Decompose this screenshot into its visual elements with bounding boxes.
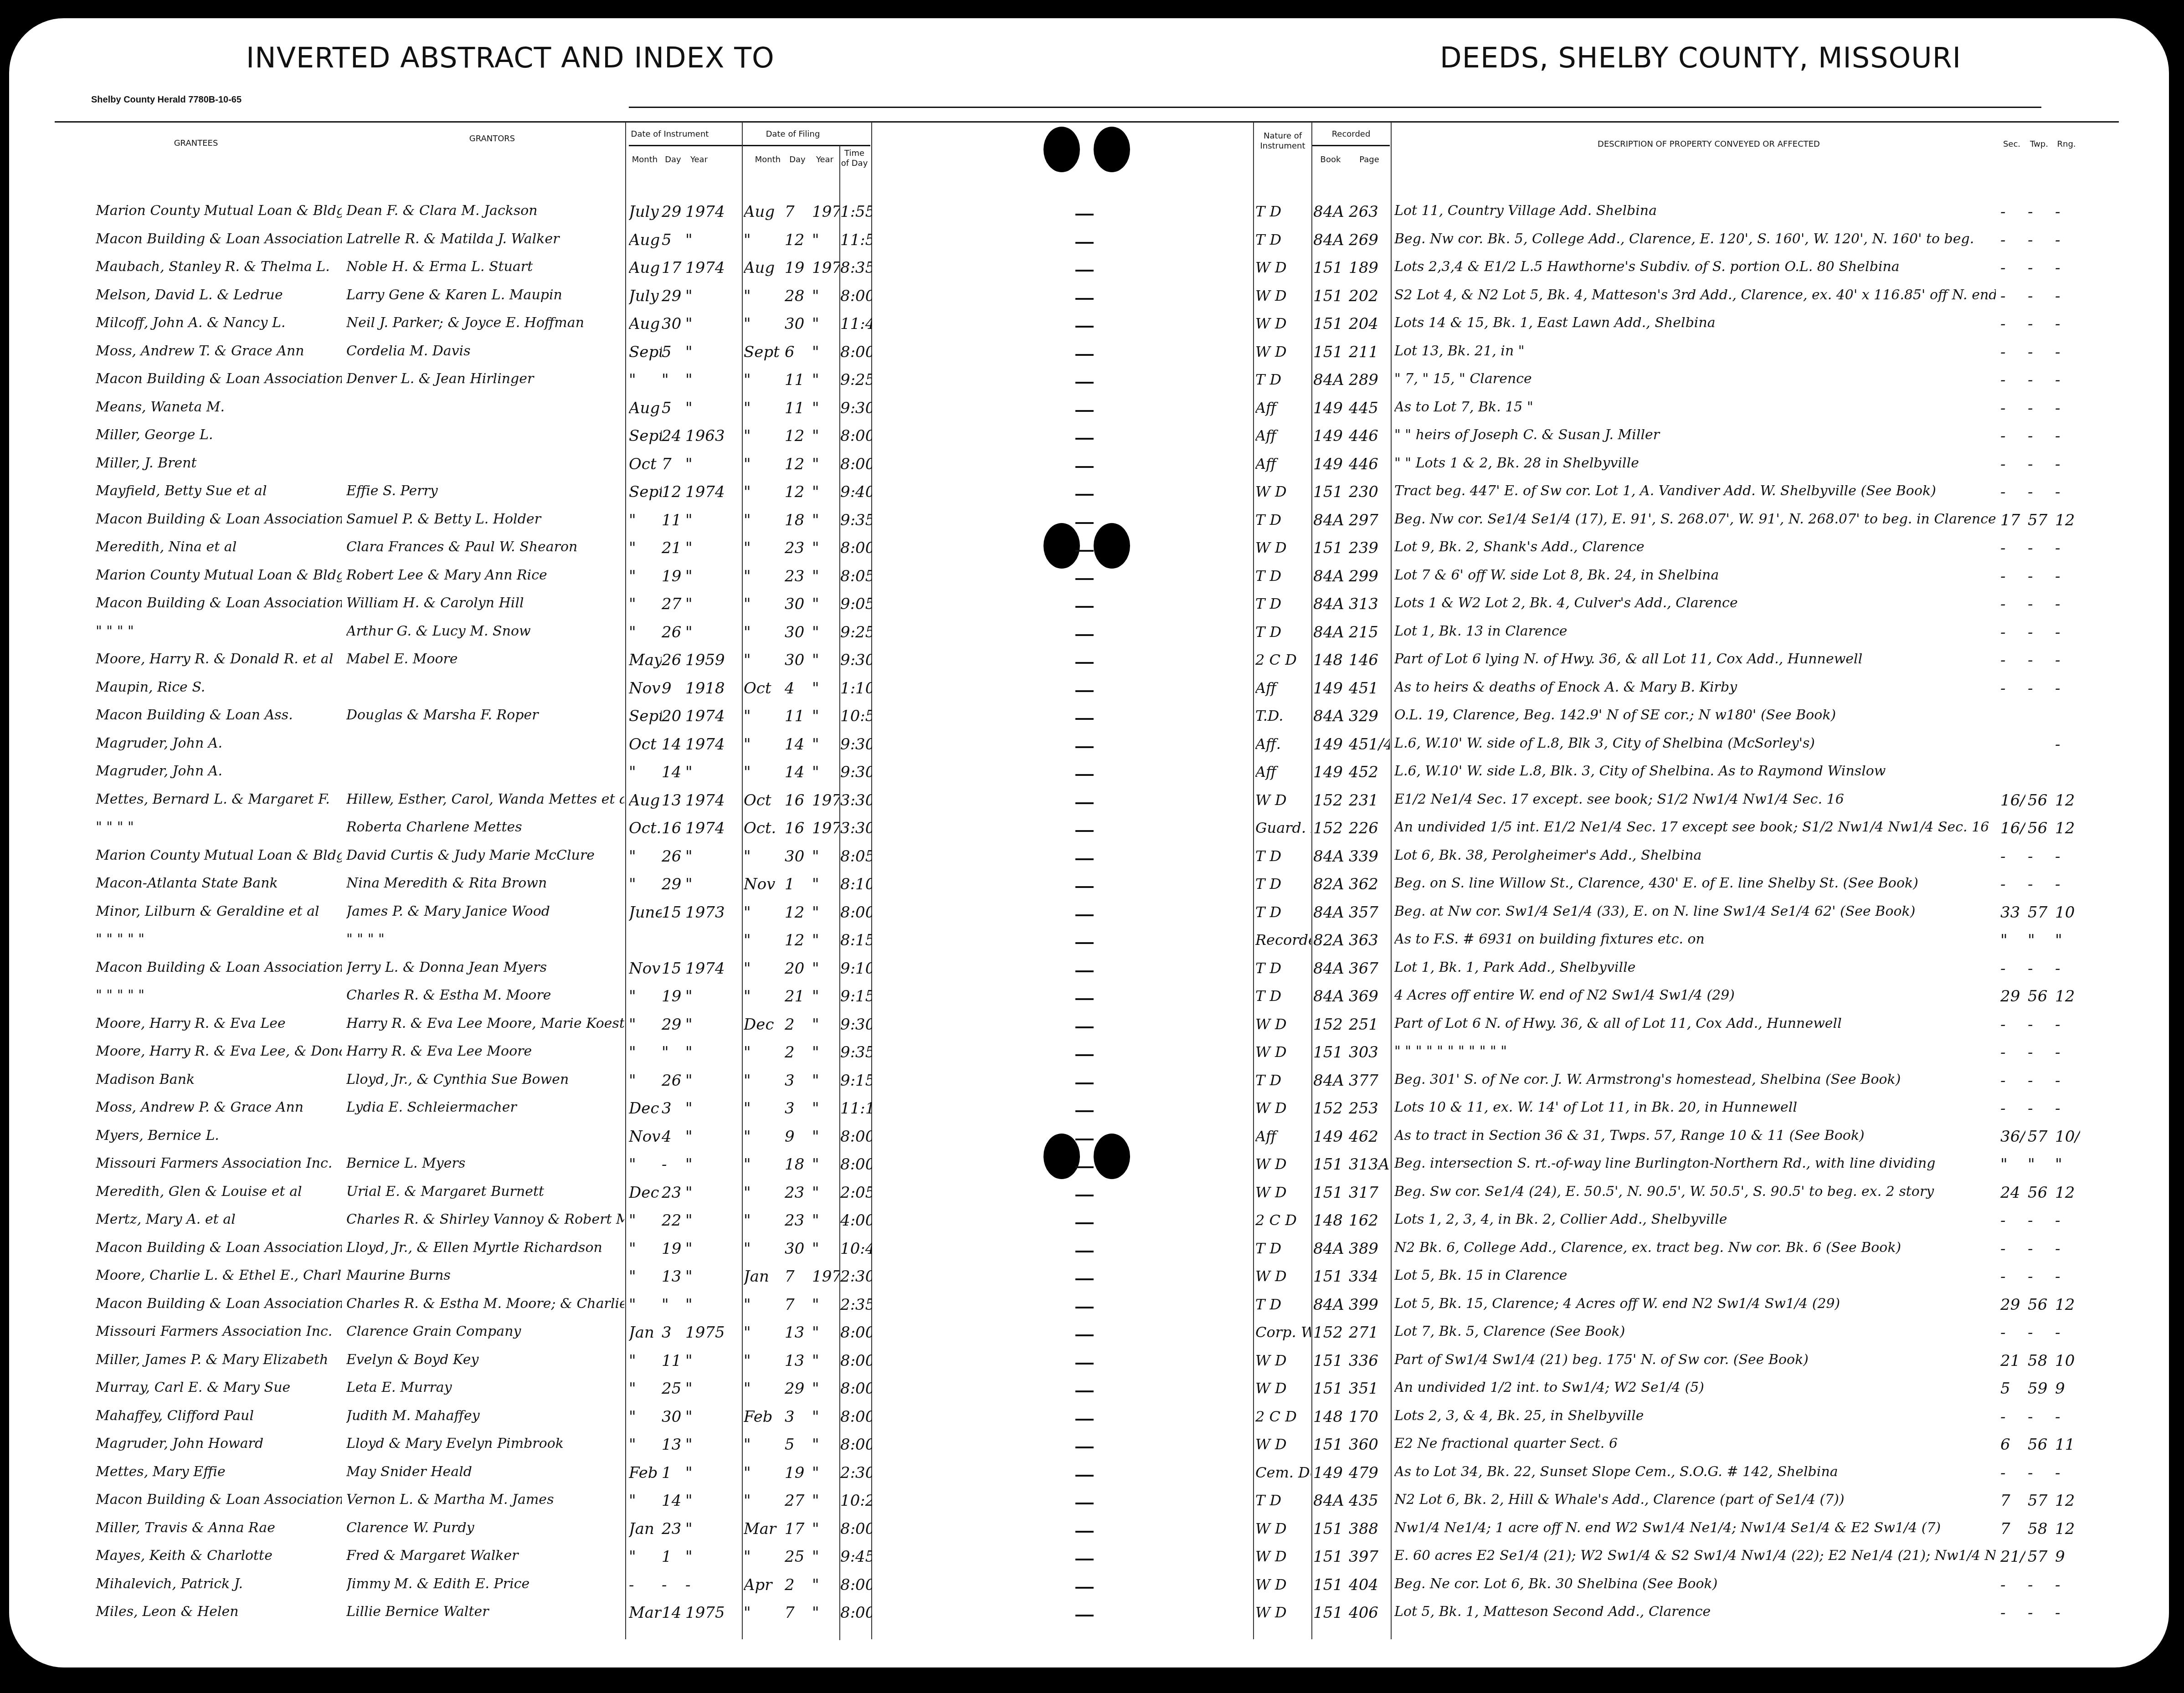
cell-f-day: 12 — [785, 483, 812, 501]
cell-rng: - — [2055, 1324, 2080, 1342]
cell-nature: Guard. Deed — [1255, 819, 1311, 836]
left-ledger-page: INVERTED ABSTRACT AND INDEX TO Shelby Co… — [9, 18, 1098, 1667]
cell-f-month: " — [744, 1184, 785, 1202]
cell-i-day: 24 — [662, 427, 685, 445]
binder-hole — [1043, 127, 1080, 172]
cell-i-month: Nov — [629, 1128, 662, 1146]
cell-i-day: 14 — [662, 763, 685, 781]
cell-time: 1:55 — [840, 203, 872, 221]
cell-twp: 56 — [2028, 1436, 2053, 1454]
cell-f-month: " — [744, 595, 785, 613]
cell-i-day: 15 — [662, 959, 685, 978]
cell-page: 397 — [1349, 1548, 1390, 1566]
cell-nature: 2 C D — [1255, 1211, 1311, 1229]
cell-f-month: " — [744, 1352, 785, 1370]
cell-sec: 5 — [2000, 1380, 2025, 1398]
cell-page: 271 — [1349, 1324, 1390, 1342]
cell-grantee: Madison Bank — [96, 1072, 342, 1088]
cell-time: 9:35 — [840, 511, 872, 529]
cell-rng: - — [2055, 1099, 2080, 1118]
cell-time: 9:15 — [840, 1072, 872, 1090]
cell-rng: - — [2055, 315, 2080, 333]
cell-book: 152 — [1313, 819, 1350, 837]
cell-f-month: " — [744, 651, 785, 669]
cell-twp: - — [2028, 1267, 2053, 1286]
cell-sec: - — [2000, 959, 2025, 978]
cell-i-month: " — [629, 1267, 662, 1286]
cell-nature: T D — [1255, 875, 1311, 893]
cell-f-month: " — [744, 847, 785, 866]
cell-f-year: " — [812, 539, 839, 557]
cell-f-month: Mar — [744, 1520, 785, 1538]
cell-grantee: Murray, Carl E. & Mary Sue — [96, 1380, 342, 1395]
cell-rng: 9 — [2055, 1380, 2080, 1398]
cell-time: 3:30 — [840, 819, 872, 837]
cell-i-day: 13 — [662, 1436, 685, 1454]
cell-description: Part of Lot 6 lying N. of Hwy. 36, & all… — [1394, 651, 1996, 667]
cell-rng: 10 — [2055, 903, 2080, 922]
cell-i-month: " — [629, 1436, 662, 1454]
col-grantees-header: GRANTEES — [159, 139, 232, 149]
cell-i-year: " — [685, 1380, 741, 1398]
col-date-filing-header: Date of Filing — [743, 129, 843, 139]
cell-f-year: " — [812, 1211, 839, 1230]
cell-f-month: " — [744, 1436, 785, 1454]
col-page-header: Page — [1353, 155, 1385, 165]
cell-i-year: " — [685, 1296, 741, 1314]
cell-description: Lots 1 & W2 Lot 2, Bk. 4, Culver's Add.,… — [1394, 595, 1996, 611]
cell-book: 149 — [1313, 763, 1350, 781]
cell-nature: Aff — [1255, 399, 1311, 416]
cell-f-month: " — [744, 399, 785, 417]
cell-page: 230 — [1349, 483, 1390, 501]
cell-f-day: 12 — [785, 455, 812, 473]
cell-grantee: " " " " " — [96, 931, 342, 947]
cell-book: 84A — [1313, 1072, 1350, 1090]
cell-i-day: 13 — [662, 1267, 685, 1286]
cell-rng: 11 — [2055, 1436, 2080, 1454]
cell-description: Nw1/4 Ne1/4; 1 acre off N. end W2 Sw1/4 … — [1394, 1520, 1996, 1536]
cell-rng: - — [2055, 539, 2080, 557]
cell-description: 4 Acres off entire W. end of N2 Sw1/4 Sw… — [1394, 987, 1996, 1003]
cell-rng: 12 — [2055, 1520, 2080, 1538]
cell-f-year: " — [812, 1408, 839, 1426]
right-page-title: DEEDS, SHELBY COUNTY, MISSOURI — [1440, 41, 1961, 74]
cell-nature: W D — [1255, 1548, 1311, 1565]
cell-twp: - — [2028, 1604, 2053, 1622]
cell-nature: W D — [1255, 259, 1311, 276]
cell-i-month: " — [629, 1296, 662, 1314]
cell-i-month: " — [629, 539, 662, 557]
cell-twp: - — [2028, 1240, 2053, 1258]
cell-rng: - — [2055, 567, 2080, 585]
cell-book: 84A — [1313, 203, 1350, 221]
cell-description: Beg. Nw cor. Bk. 5, College Add., Claren… — [1394, 231, 1996, 247]
cell-twp: - — [2028, 371, 2053, 389]
cell-twp: - — [2028, 1043, 2053, 1062]
cell-f-year: " — [812, 651, 839, 669]
cell-rng: 12 — [2055, 511, 2080, 529]
cell-rng: - — [2055, 231, 2080, 249]
cell-sec: - — [2000, 203, 2025, 221]
cell-i-month: Aug — [629, 231, 662, 249]
cell-book: 152 — [1313, 1324, 1350, 1342]
cell-page: 231 — [1349, 791, 1390, 810]
header-rule — [1094, 121, 2119, 123]
cell-i-year: 1973 — [685, 903, 741, 922]
cell-grantor: Urial E. & Margaret Burnett — [346, 1184, 624, 1200]
cell-f-year: " — [812, 231, 839, 249]
cell-page: 435 — [1349, 1492, 1390, 1510]
cell-nature: T D — [1255, 511, 1311, 528]
cell-rng: - — [2055, 427, 2080, 445]
cell-grantor: Lloyd, Jr., & Cynthia Sue Bowen — [346, 1072, 624, 1088]
cell-i-month: " — [629, 1043, 662, 1062]
cell-book: 84A — [1313, 1492, 1350, 1510]
cell-i-day: 29 — [662, 203, 685, 221]
cell-i-year: " — [685, 1099, 741, 1118]
cell-i-month: - — [629, 1576, 662, 1594]
cell-f-year: " — [812, 1128, 839, 1146]
cell-i-year: " — [685, 1072, 741, 1090]
cell-grantee: Meredith, Nina et al — [96, 539, 342, 555]
cell-f-year: " — [812, 623, 839, 641]
cell-rng: - — [2055, 651, 2080, 669]
cell-f-year: " — [812, 455, 839, 473]
cell-nature: W D — [1255, 539, 1311, 556]
cell-page: 263 — [1349, 203, 1390, 221]
column-divider — [1311, 122, 1312, 1639]
cell-grantee: Missouri Farmers Association Inc. — [96, 1324, 342, 1339]
cell-nature: W D — [1255, 1604, 1311, 1621]
cell-time: 8:15 — [840, 931, 872, 949]
cell-time: 8:00 — [840, 1576, 872, 1594]
cell-grantor: Leta E. Murray — [346, 1380, 624, 1395]
cell-grantee: Magruder, John Howard — [96, 1436, 342, 1452]
cell-book: 149 — [1313, 679, 1350, 698]
cell-i-year: " — [685, 1464, 741, 1482]
cell-f-month: " — [744, 1324, 785, 1342]
col-inst-year: Year — [685, 155, 713, 165]
cell-page: 479 — [1349, 1464, 1390, 1482]
cell-f-month: Oct — [744, 791, 785, 810]
cell-i-month: Aug — [629, 399, 662, 417]
cell-grantor: James P. & Mary Janice Wood — [346, 903, 624, 919]
cell-twp: 56 — [2028, 1184, 2053, 1202]
cell-f-year: " — [812, 427, 839, 445]
cell-book: 151 — [1313, 1352, 1350, 1370]
cell-f-month: " — [744, 483, 785, 501]
cell-description: Lot 5, Bk. 15, Clarence; 4 Acres off W. … — [1394, 1296, 1996, 1312]
cell-i-year: " — [685, 399, 741, 417]
cell-sec: - — [2000, 1604, 2025, 1622]
cell-page: 462 — [1349, 1128, 1390, 1146]
cell-i-year: - — [685, 1576, 741, 1594]
cell-i-month: Nov — [629, 959, 662, 978]
cell-grantor: Lloyd, Jr., & Ellen Myrtle Richardson — [346, 1240, 624, 1256]
cell-description: Part of Lot 6 N. of Hwy. 36, & all of Lo… — [1394, 1016, 1996, 1031]
cell-twp: - — [2028, 1324, 2053, 1342]
cell-grantor: Vernon L. & Martha M. James — [346, 1492, 624, 1508]
cell-grantor: William H. & Carolyn Hill — [346, 595, 624, 611]
cell-i-year: " — [685, 847, 741, 866]
cell-f-year: " — [812, 1464, 839, 1482]
cell-i-month: " — [629, 1072, 662, 1090]
cell-f-year: " — [812, 511, 839, 529]
cell-sec: 16/17 — [2000, 791, 2025, 810]
cell-page: 369 — [1349, 987, 1390, 1006]
cell-page: 451/452 — [1349, 735, 1390, 754]
cell-f-year: " — [812, 1604, 839, 1622]
cell-book: 84A — [1313, 567, 1350, 585]
cell-i-day: 7 — [662, 455, 685, 473]
cell-grantee: Macon Building & Loan Association — [96, 1296, 342, 1312]
cell-f-day: 14 — [785, 735, 812, 754]
cell-description: Lot 5, Bk. 15 in Clarence — [1394, 1267, 1996, 1283]
cell-rng: - — [2055, 959, 2080, 978]
cell-i-month: " — [629, 987, 662, 1006]
cell-f-year: 1974 — [812, 819, 839, 837]
cell-book: 148 — [1313, 1211, 1350, 1230]
cell-rng: - — [2055, 399, 2080, 417]
cell-f-day: 16 — [785, 819, 812, 837]
cell-i-day: 1 — [662, 1548, 685, 1566]
cell-nature: T D — [1255, 231, 1311, 248]
cell-twp: 57 — [2028, 511, 2053, 529]
cell-f-day: 20 — [785, 959, 812, 978]
cell-i-day: 22 — [662, 1211, 685, 1230]
cell-nature: T D — [1255, 595, 1311, 612]
cell-page: 452 — [1349, 763, 1390, 781]
cell-i-year: " — [685, 1211, 741, 1230]
cell-page: 239 — [1349, 539, 1390, 557]
cell-time: 9:30 — [840, 763, 872, 781]
cell-grantor: Judith M. Mahaffey — [346, 1408, 624, 1424]
cell-page: 404 — [1349, 1576, 1390, 1594]
col-sec-header: Sec. — [2000, 139, 2023, 149]
cell-description: Beg. Sw cor. Se1/4 (24), E. 50.5', N. 90… — [1394, 1184, 1996, 1200]
cell-rng: - — [2055, 371, 2080, 389]
cell-f-month: Sept — [744, 343, 785, 361]
cell-i-day: 23 — [662, 1520, 685, 1538]
cell-page: 362 — [1349, 875, 1390, 893]
cell-grantee: Milcoff, John A. & Nancy L. — [96, 315, 342, 331]
cell-i-year: 1974 — [685, 203, 741, 221]
cell-sec: - — [2000, 1408, 2025, 1426]
cell-i-year: " — [685, 511, 741, 529]
cell-twp: 56 — [2028, 1296, 2053, 1314]
cell-time: 9:25 — [840, 371, 872, 389]
cell-f-day: 6 — [785, 343, 812, 361]
cell-book: 151 — [1313, 287, 1350, 305]
cell-i-year: " — [685, 567, 741, 585]
cell-grantor: Nina Meredith & Rita Brown — [346, 875, 624, 891]
col-date-instrument-header: Date of Instrument — [629, 129, 711, 139]
cell-f-year: " — [812, 371, 839, 389]
cell-rng: 9 — [2055, 1548, 2080, 1566]
cell-i-year: " — [685, 231, 741, 249]
cell-time: 8:00 — [840, 1604, 872, 1622]
cell-i-month: " — [629, 1408, 662, 1426]
cell-i-year: " — [685, 455, 741, 473]
cell-f-month: " — [744, 539, 785, 557]
cell-i-year: " — [685, 1155, 741, 1174]
cell-nature: 2 C D — [1255, 1408, 1311, 1425]
cell-nature: T D — [1255, 847, 1311, 865]
cell-nature: W D — [1255, 1099, 1311, 1117]
cell-twp: 58 — [2028, 1520, 2053, 1538]
cell-time: 8:00 — [840, 1380, 872, 1398]
cell-grantor: Larry Gene & Karen L. Maupin — [346, 287, 624, 303]
cell-f-year: " — [812, 1520, 839, 1538]
cell-f-month: Jan — [744, 1267, 785, 1286]
cell-book: 149 — [1313, 427, 1350, 445]
cell-description: As to Lot 34, Bk. 22, Sunset Slope Cem.,… — [1394, 1464, 1996, 1480]
cell-page: 204 — [1349, 315, 1390, 333]
cell-i-year: " — [685, 315, 741, 333]
cell-time: 2:30 — [840, 1464, 872, 1482]
cell-i-day: 1 — [662, 1464, 685, 1482]
cell-sec: - — [2000, 1099, 2025, 1118]
cell-book: 151 — [1313, 1436, 1350, 1454]
cell-i-month: " — [629, 1155, 662, 1174]
cell-description: Lot 11, Country Village Add. Shelbina — [1394, 203, 1996, 219]
cell-i-day: 26 — [662, 847, 685, 866]
header-rule — [629, 107, 1098, 108]
cell-i-day: 16 — [662, 819, 685, 837]
col-recorded-header: Recorded — [1317, 129, 1385, 139]
cell-sec: 21 — [2000, 1352, 2025, 1370]
cell-i-day: 25 — [662, 1380, 685, 1398]
recorded-header-rule — [1312, 145, 1390, 146]
cell-description: Beg. at Nw cor. Sw1/4 Se1/4 (33), E. on … — [1394, 903, 1996, 919]
cell-description: Lot 1, Bk. 1, Park Add., Shelbyville — [1394, 959, 1996, 975]
cell-description: " " " " " " " " " " " — [1394, 1043, 1996, 1059]
cell-description: S2 Lot 4, & N2 Lot 5, Bk. 4, Matteson's … — [1394, 287, 1996, 303]
cell-page: 251 — [1349, 1016, 1390, 1034]
cell-rng: - — [2055, 595, 2080, 613]
cell-i-month: Sept — [629, 483, 662, 501]
cell-rng: - — [2055, 343, 2080, 361]
cell-nature: W D — [1255, 1520, 1311, 1537]
cell-book: 151 — [1313, 1548, 1350, 1566]
cell-f-year: " — [812, 1072, 839, 1090]
cell-i-day: 11 — [662, 1352, 685, 1370]
cell-sec: 29 — [2000, 1296, 2025, 1314]
cell-sec: - — [2000, 651, 2025, 669]
cell-i-month: " — [629, 1240, 662, 1258]
cell-description: " " Lots 1 & 2, Bk. 28 in Shelbyville — [1394, 455, 1996, 471]
cell-description: Beg. on S. line Willow St., Clarence, 43… — [1394, 875, 1996, 891]
cell-f-day: 18 — [785, 511, 812, 529]
cell-grantee: Macon Building & Loan Association — [96, 371, 342, 387]
cell-f-year: " — [812, 315, 839, 333]
cell-i-day: 14 — [662, 1492, 685, 1510]
cell-f-year: " — [812, 483, 839, 501]
cell-i-month: " — [629, 1548, 662, 1566]
column-divider — [1253, 122, 1254, 1639]
cell-sec: 29 — [2000, 987, 2025, 1006]
cell-page: 357 — [1349, 903, 1390, 922]
cell-grantor: Noble H. & Erma L. Stuart — [346, 259, 624, 275]
cell-i-month: " — [629, 623, 662, 641]
col-nature-header: Nature of Instrument — [1258, 131, 1308, 151]
cell-grantee: Macon Building & Loan Association — [96, 959, 342, 975]
cell-f-day: 30 — [785, 623, 812, 641]
cell-nature: Aff — [1255, 763, 1311, 780]
cell-f-year: " — [812, 1492, 839, 1510]
cell-nature: Aff — [1255, 679, 1311, 697]
cell-i-day: 3 — [662, 1324, 685, 1342]
cell-i-day: 5 — [662, 399, 685, 417]
cell-grantor: Clarence Grain Company — [346, 1324, 624, 1339]
cell-i-day: 26 — [662, 1072, 685, 1090]
cell-f-day: 5 — [785, 1436, 812, 1454]
cell-description: E. 60 acres E2 Se1/4 (21); W2 Sw1/4 & S2… — [1394, 1548, 1996, 1564]
cell-time: 8:00 — [840, 1408, 872, 1426]
cell-time: 11:45 — [840, 315, 872, 333]
cell-nature: W D — [1255, 1155, 1311, 1173]
cell-twp: 57 — [2028, 1548, 2053, 1566]
cell-nature: W D — [1255, 1380, 1311, 1397]
cell-i-month: Dec — [629, 1184, 662, 1202]
cell-rng: - — [2055, 1576, 2080, 1594]
cell-page: 211 — [1349, 343, 1390, 361]
cell-nature: T D — [1255, 987, 1311, 1005]
cell-i-month: Oct — [629, 735, 662, 754]
cell-grantee: Missouri Farmers Association Inc. — [96, 1155, 342, 1171]
cell-book: 149 — [1313, 399, 1350, 417]
cell-f-month: Aug — [744, 203, 785, 221]
cell-i-year: 1974 — [685, 735, 741, 754]
cell-twp: - — [2028, 483, 2053, 501]
cell-i-month: Aug — [629, 791, 662, 810]
cell-f-day: 30 — [785, 595, 812, 613]
cell-time: 9:30 — [840, 399, 872, 417]
cell-f-year: 1974 — [812, 791, 839, 810]
cell-twp: 58 — [2028, 1352, 2053, 1370]
cell-i-year: " — [685, 1548, 741, 1566]
left-page-title: INVERTED ABSTRACT AND INDEX TO — [246, 41, 775, 74]
cell-book: 149 — [1313, 1464, 1350, 1482]
cell-i-day: 30 — [662, 315, 685, 333]
cell-sec: - — [2000, 1464, 2025, 1482]
cell-rng: - — [2055, 847, 2080, 866]
header-rule — [1094, 107, 2041, 108]
cell-time: 2:05 — [840, 1184, 872, 1202]
cell-i-day: 20 — [662, 707, 685, 725]
cell-f-day: 7 — [785, 203, 812, 221]
cell-rng: 10 — [2055, 1352, 2080, 1370]
cell-sec: 16/17 — [2000, 819, 2025, 837]
cell-i-month: Nov — [629, 679, 662, 698]
cell-grantor: Arthur G. & Lucy M. Snow — [346, 623, 624, 639]
cell-i-year: " — [685, 343, 741, 361]
cell-f-month: " — [744, 1464, 785, 1482]
cell-nature: 2 C D — [1255, 651, 1311, 668]
cell-book: 84A — [1313, 959, 1350, 978]
cell-i-day: 29 — [662, 1016, 685, 1034]
cell-twp: 59 — [2028, 1380, 2053, 1398]
cell-grantor: Denver L. & Jean Hirlinger — [346, 371, 624, 387]
cell-f-month: " — [744, 1380, 785, 1398]
cell-f-year: " — [812, 679, 839, 698]
cell-i-day: 30 — [662, 1408, 685, 1426]
cell-i-month: July — [629, 203, 662, 221]
cell-nature: T D — [1255, 1240, 1311, 1257]
cell-f-month: " — [744, 1211, 785, 1230]
cell-f-day: 14 — [785, 763, 812, 781]
